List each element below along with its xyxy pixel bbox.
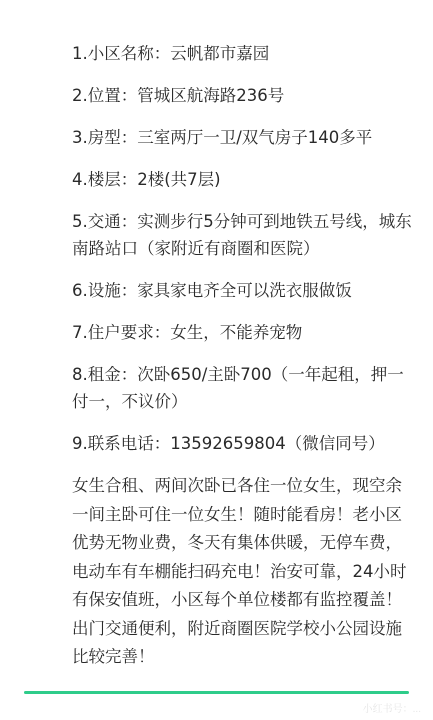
listing-item-contact-phone: 9.联系电话：13592659804（微信同号）	[72, 430, 412, 457]
listing-item-tenant-requirements: 7.住户要求：女生，不能养宠物	[72, 319, 412, 346]
listing-description: 女生合租、两间次卧已各住一位女生，现空余一间主卧可住一位女生！随时能看房！老小区…	[72, 472, 412, 672]
listing-item-rent: 8.租金：次卧650/主卧700（一年起租，押一付一，不议价）	[72, 361, 412, 415]
listing-item-community-name: 1.小区名称：云帆都市嘉园	[72, 40, 412, 67]
listing-item-floor: 4.楼层：2楼(共7层)	[72, 166, 412, 193]
listing-item-facilities: 6.设施：家具家电齐全可以洗衣服做饭	[72, 277, 412, 304]
watermark: 小红书号：...	[363, 700, 421, 715]
listing-content: 1.小区名称：云帆都市嘉园 2.位置：管城区航海路236号 3.房型：三室两厅一…	[72, 40, 412, 672]
green-divider	[24, 691, 409, 694]
listing-item-layout: 3.房型：三室两厅一卫/双气房子140多平	[72, 124, 412, 151]
listing-item-location: 2.位置：管城区航海路236号	[72, 82, 412, 109]
listing-item-transport: 5.交通：实测步行5分钟可到地铁五号线，城东南路站口（家附近有商圈和医院）	[72, 208, 412, 262]
